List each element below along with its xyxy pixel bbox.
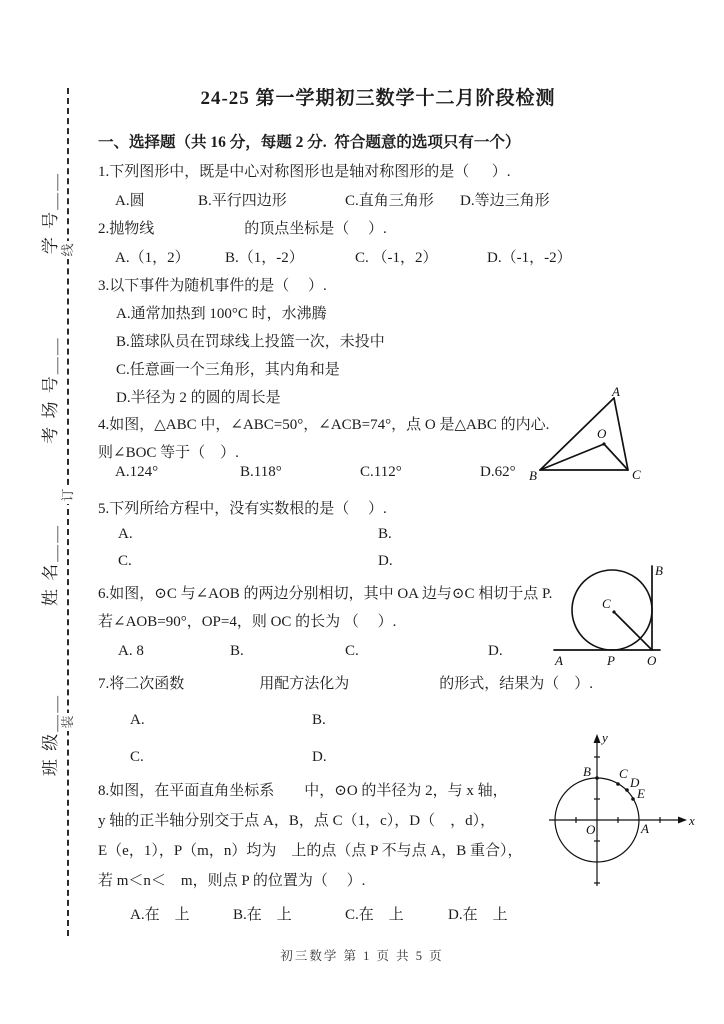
q5-option-d: D.	[378, 553, 393, 570]
question-6-line1: 6.如图，⊙C 与∠AOB 的两边分别相切，其中 OA 边与⊙C 相切于点 P.	[98, 583, 552, 605]
question-8-line3: E（e，1），P（m，n）均为 上的点（点 P 不与点 A，B 重合），	[98, 840, 522, 862]
q3-option-c: C.任意画一个三角形，其内角和是	[116, 359, 340, 381]
question-4-line2: 则∠BOC 等于（ ）.	[98, 442, 239, 464]
question-4-line1: 4.如图，△ABC 中，∠ABC=50°，∠ACB=74°，点 O 是△ABC …	[98, 414, 549, 436]
section-heading: 一、选择题（共 16 分，每题 2 分. 符合题意的选项只有一个）	[98, 132, 520, 154]
q4-option-b: B.118°	[240, 464, 282, 481]
q7-option-c: C.	[130, 749, 144, 766]
question-6-line2: 若∠AOB=90°，OP=4，则 OC 的长为 （ ）.	[98, 611, 396, 633]
q3-option-d: D.半径为 2 的圆的周长是	[116, 387, 281, 409]
q8-label-y: y	[600, 730, 608, 745]
question-2-text: 2.抛物线 的顶点坐标是（ ）.	[98, 218, 387, 240]
q8-option-b: B.在 上	[233, 903, 292, 924]
q6-label-b: B	[655, 563, 663, 578]
q6-label-a: A	[554, 653, 563, 668]
q7-option-a: A.	[130, 712, 145, 729]
q6-label-p: P	[606, 653, 615, 668]
binding-dashed-line	[67, 88, 69, 936]
q8-label-b: B	[583, 764, 591, 779]
q8-option-a: A.在 上	[130, 903, 190, 924]
question-7-text: 7.将二次函数 用配方法化为 的形式，结果为（ ）.	[98, 673, 593, 695]
q6-label-o: O	[647, 653, 657, 668]
q7-option-d: D.	[312, 749, 327, 766]
q5-option-a: A.	[118, 526, 133, 543]
q6-tangent-circle-figure: B C A P O	[552, 560, 670, 672]
exam-page: 线 订 装 学 号＿＿ 考 场 号＿＿ 姓 名＿＿ 班 级＿＿ 24-25 第一…	[0, 0, 724, 1024]
q1-option-c: C.直角三角形	[345, 189, 434, 210]
q8-option-d: D.在 上	[448, 903, 508, 924]
student-id-label: 学 号＿＿	[40, 153, 62, 273]
q8-label-c: C	[619, 766, 628, 781]
q4-label-a: A	[611, 386, 620, 399]
q4-option-a: A.124°	[115, 464, 158, 481]
q4-label-c: C	[632, 467, 641, 482]
q4-label-b: B	[529, 468, 537, 483]
binding-char-ding: 订	[59, 486, 77, 504]
q4-option-c: C.112°	[360, 464, 402, 481]
q2-option-a: A.（1，2）	[115, 246, 190, 267]
question-8-line1: 8.如图，在平面直角坐标系 中，⊙O 的半径为 2，与 x 轴，	[98, 780, 508, 802]
q1-option-b: B.平行四边形	[198, 189, 287, 210]
q8-label-o: O	[586, 822, 596, 837]
q2-option-d: D.（-1，-2）	[487, 246, 572, 267]
exam-room-label: 考 场 号＿＿	[40, 330, 62, 450]
q6-option-a: A. 8	[118, 643, 144, 660]
q1-option-a: A.圆	[115, 189, 145, 210]
question-3-text: 3.以下事件为随机事件的是（ ）.	[98, 275, 327, 297]
q6-option-c: C.	[345, 643, 359, 660]
q2-option-b: B.（1，-2）	[225, 246, 304, 267]
q3-option-b: B.篮球队员在罚球线上投篮一次，未投中	[116, 331, 385, 353]
q4-triangle-figure: A B C O	[528, 386, 658, 486]
q8-label-a: A	[640, 821, 649, 836]
q4-label-o: O	[597, 426, 607, 441]
q5-option-c: C.	[118, 553, 132, 570]
q8-label-e: E	[636, 786, 645, 801]
q2-option-c: C. （-1，2）	[355, 246, 438, 267]
q8-option-c: C.在 上	[345, 903, 404, 924]
q3-option-a: A.通常加热到 100°C 时，水沸腾	[116, 303, 327, 325]
q6-option-d: D.	[488, 643, 503, 660]
question-1-text: 1.下列图形中，既是中心对称图形也是轴对称图形的是（ ）.	[98, 161, 511, 183]
q7-option-b: B.	[312, 712, 326, 729]
page-footer: 初三数学 第 1 页 共 5 页	[0, 946, 724, 964]
q1-option-d: D.等边三角形	[460, 189, 550, 210]
class-label: 班 级＿＿	[40, 675, 62, 795]
question-8-line4: 若 m＜n＜ m，则点 P 的位置为（ ）.	[98, 870, 365, 892]
question-8-line2: y 轴的正半轴分别交于点 A，B，点 C（1，c），D（ ，d），	[98, 810, 495, 832]
question-5-text: 5.下列所给方程中，没有实数根的是（ ）.	[98, 498, 387, 520]
q6-option-b: B.	[230, 643, 244, 660]
q5-option-b: B.	[378, 526, 392, 543]
q6-label-c: C	[602, 596, 611, 611]
name-label: 姓 名＿＿	[40, 505, 62, 625]
q8-coordinate-figure: y x B O A C D E	[545, 726, 697, 894]
page-title: 24-25 第一学期初三数学十二月阶段检测	[108, 88, 648, 110]
q8-label-x: x	[688, 813, 695, 828]
q4-option-d: D.62°	[480, 464, 516, 481]
